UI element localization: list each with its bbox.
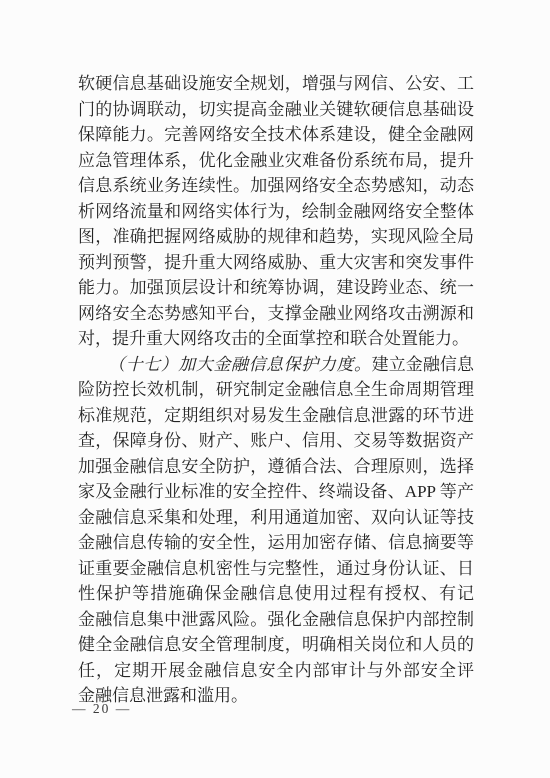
text-line: 加强金融信息安全防护，遵循合法、合理原则，选择符合国 bbox=[78, 454, 474, 480]
text-line: 应急管理体系，优化金融业灾难备份系统布局，提升金融业 bbox=[78, 148, 474, 174]
text-line: 预判预警，提升重大网络威胁、重大灾害和突发事件的应对 bbox=[78, 250, 474, 276]
text-line: 金融信息泄露和滥用。 bbox=[78, 683, 474, 709]
text-line: 金融信息采集和处理，利用通道加密、双向认证等技术保障 bbox=[78, 505, 474, 531]
text-line: 能力。加强顶层设计和统筹协调，建设跨业态、统一的金融 bbox=[78, 275, 474, 301]
text-line: 软硬信息基础设施安全规划，增强与网信、公安、工信等部 bbox=[78, 71, 474, 97]
text-line: 证重要金融信息机密性与完整性，通过身份认证、日志完整 bbox=[78, 556, 474, 582]
text-line: 金融信息传输的安全性，运用加密存储、信息摘要等手段保 bbox=[78, 530, 474, 556]
text-line: 金融信息集中泄露风险。强化金融信息保护内部控制管理， bbox=[78, 607, 474, 633]
text-line: 对，提升重大网络攻击的全面掌控和联合处置能力。 bbox=[78, 326, 474, 352]
paragraph-heading: （十七）加大金融信息保护力度。 bbox=[108, 355, 372, 374]
text-line: 网络安全态势感知平台，支撑金融业网络攻击溯源和精确应 bbox=[78, 301, 474, 327]
text-line: 查，保障身份、财产、账户、信用、交易等数据资产安全。 bbox=[78, 428, 474, 454]
text-line: 性保护等措施确保金融信息使用过程有授权、有记录，防范 bbox=[78, 581, 474, 607]
text-line: 健全金融信息安全管理制度，明确相关岗位和人员的管理责 bbox=[78, 632, 474, 658]
document-page: 软硬信息基础设施安全规划，增强与网信、公安、工信等部门的协调联动，切实提高金融业… bbox=[0, 0, 550, 778]
text-line: 信息系统业务连续性。加强网络安全态势感知，动态监测分 bbox=[78, 173, 474, 199]
text-line: 保障能力。完善网络安全技术体系建设，健全金融网络安全 bbox=[78, 122, 474, 148]
text-line: （十七）加大金融信息保护力度。建立金融信息安全风 bbox=[78, 352, 474, 378]
text-line: 图，准确把握网络威胁的规律和趋势，实现风险全局感知和 bbox=[78, 224, 474, 250]
text-line: 标准规范，定期组织对易发生金融信息泄露的环节进行排 bbox=[78, 403, 474, 429]
text-line: 任，定期开展金融信息安全内部审计与外部安全评估，防止 bbox=[78, 658, 474, 684]
text-line: 析网络流量和网络实体行为，绘制金融网络安全整体态势 bbox=[78, 199, 474, 225]
text-line: 门的协调联动，切实提高金融业关键软硬信息基础设施安全 bbox=[78, 97, 474, 123]
text-block: 软硬信息基础设施安全规划，增强与网信、公安、工信等部门的协调联动，切实提高金融业… bbox=[78, 71, 474, 709]
text-line: 家及金融行业标准的安全控件、终端设备、APP 等产品进行 bbox=[78, 479, 474, 505]
page-number: — 20 — bbox=[72, 700, 131, 718]
text-line: 险防控长效机制，研究制定金融信息全生命周期管理制度和 bbox=[78, 377, 474, 403]
